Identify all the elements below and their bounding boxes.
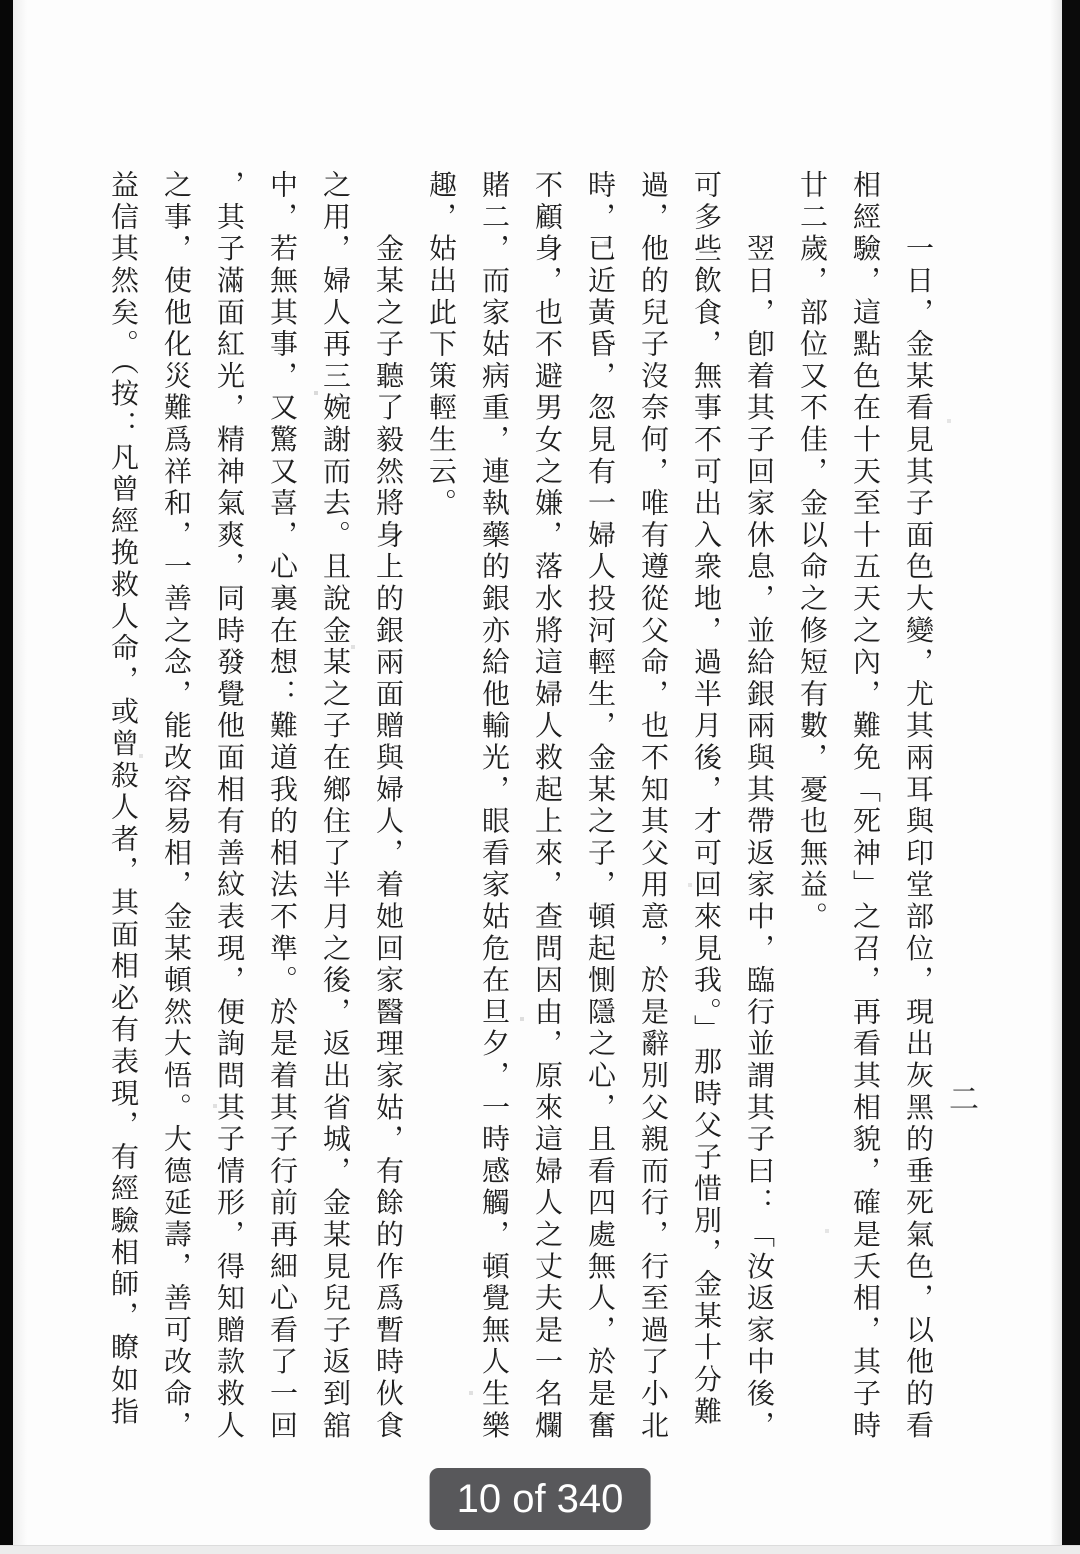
scan-noise [0, 0, 2, 2]
text-column: 金某之子聽了毅然將身上的銀兩面贈與婦人，着她回家醫理家姑，有餘的作爲暫時伙食 [361, 170, 414, 1446]
folio-page-number: 二 [946, 1080, 982, 1116]
text-column: 過，他的兒子沒奈何，唯有遵從父命，也不知其父用意，於是辭別父親而行，行至過了小北 [626, 170, 679, 1446]
document-viewer: 一日，金某看見其子面色大變，尤其兩耳與印堂部位，現出灰黑的垂死氣色，以他的看 相… [0, 0, 1080, 1554]
text-column: ，其子滿面紅光，精神氣爽，同時發覺他面相有善紋表現，便詢問其子情形，得知贈款救人 [202, 170, 255, 1446]
text-column: 翌日，卽着其子回家休息，並給銀兩與其帶返家中，臨行並謂其子曰：「汝返家中後， [732, 170, 785, 1446]
text-column: 中，若無其事，又驚又喜，心裏在想：難道我的相法不準。於是着其子行前再細心看了一回 [255, 170, 308, 1446]
page-indicator-label: 10 of 340 [457, 1477, 624, 1521]
text-column: 趣，姑出此下策輕生云。 [414, 170, 467, 1446]
page-indicator: 10 of 340 [430, 1468, 651, 1530]
scan-edge-left [0, 0, 13, 1545]
scan-edge-right-fade [1050, 0, 1062, 1545]
text-column: 時，已近黃昏，忽見有一婦人投河輕生，金某之子，頓起惻隱之心，且看四處無人，於是奮 [573, 170, 626, 1446]
text-column: 賭二，而家姑病重，連執藥的銀亦給他輸光，眼看家姑危在旦夕，一時感觸，頓覺無人生樂 [467, 170, 520, 1446]
text-column: 可多些飲食，無事不可出入衆地，過半月後，才可回來見我。」那時父子惜別，金某十分難 [679, 170, 732, 1446]
viewer-bottom-edge [0, 1545, 1080, 1554]
scanned-page[interactable]: 一日，金某看見其子面色大變，尤其兩耳與印堂部位，現出灰黑的垂死氣色，以他的看 相… [0, 0, 1080, 1545]
text-column: 一日，金某看見其子面色大變，尤其兩耳與印堂部位，現出灰黑的垂死氣色，以他的看 [891, 170, 944, 1446]
text-column: 之用，婦人再三婉謝而去。且說金某之子在鄉住了半月之後，返出省城，金某見兒子返到舘 [308, 170, 361, 1446]
vertical-text-block: 一日，金某看見其子面色大變，尤其兩耳與印堂部位，現出灰黑的垂死氣色，以他的看 相… [96, 170, 944, 1446]
text-column: 不顧身，也不避男女之嫌，落水將這婦人救起上來，查問因由，原來這婦人之丈夫是一名爛 [520, 170, 573, 1446]
text-column: 廿二歲，部位又不佳，金以命之修短有數，憂也無益。 [785, 170, 838, 1446]
scan-edge-right [1062, 0, 1080, 1545]
text-column: 益信其然矣。（按：凡曾經挽救人命，或曾殺人者，其面相必有表現，有經驗相師，瞭如指 [96, 170, 149, 1446]
text-column: 相經驗，這點色在十天至十五天之內，難免「死神」之召，再看其相貌，確是夭相，其子時 [838, 170, 891, 1446]
scan-edge-left-fade [13, 0, 27, 1545]
text-column: 之事，使他化災難爲祥和，一善之念，能改容易相，金某頓然大悟。大德延壽，善可改命， [149, 170, 202, 1446]
